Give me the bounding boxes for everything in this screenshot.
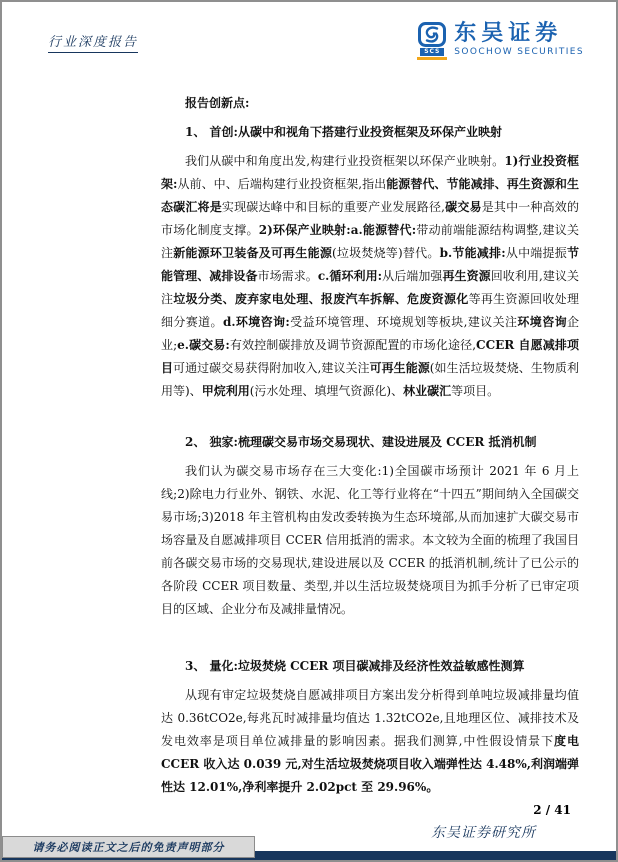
logo-text: 东吴证券 SOOCHOW SECURITIES xyxy=(454,22,584,58)
disclaimer-box: 请务必阅读正文之后的免责声明部分 xyxy=(2,836,255,858)
brand-name-en: SOOCHOW SECURITIES xyxy=(454,46,584,58)
disclaimer-text: 请务必阅读正文之后的免责声明部分 xyxy=(33,839,225,855)
report-page: 行业深度报告 SCS 东吴证券 SOOCHOW SECURITIES 报告创新点… xyxy=(0,0,618,862)
section-1-paragraph: 我们从碳中和角度出发,构建行业投资框架以环保产业映射。1)行业投资框架:从前、中… xyxy=(161,150,579,403)
logo-mark: SCS xyxy=(417,22,447,60)
page-number: 2 / 41 xyxy=(533,803,571,817)
research-institute-label: 东吴证券研究所 xyxy=(431,822,536,842)
section-2-paragraph: 我们认为碳交易市场存在三大变化:1)全国碳市场预计 2021 年 6 月上线;2… xyxy=(161,460,579,621)
intro-heading: 报告创新点: xyxy=(161,92,579,115)
report-type-label: 行业深度报告 xyxy=(48,31,138,53)
soochow-securities-logo: SCS 东吴证券 SOOCHOW SECURITIES xyxy=(417,22,584,60)
section-3-heading: 3、 量化:垃圾焚烧 CCER 项目碳减排及经济性效益敏感性测算 xyxy=(161,655,579,678)
section-3-paragraph: 从现有审定垃圾焚烧自愿减排项目方案出发分析得到单吨垃圾减排量均值达 0.36tC… xyxy=(161,684,579,799)
logo-orange-underline xyxy=(417,57,447,60)
logo-scs-text: SCS xyxy=(420,48,444,56)
swirl-logo-icon xyxy=(418,22,446,47)
section-1-heading: 1、 首创:从碳中和视角下搭建行业投资框架及环保产业映射 xyxy=(161,121,579,144)
brand-name-cn: 东吴证券 xyxy=(454,22,584,46)
section-2-heading: 2、 独家:梳理碳交易市场交易现状、建设进展及 CCER 抵消机制 xyxy=(161,431,579,454)
report-body: 报告创新点: 1、 首创:从碳中和视角下搭建行业投资框架及环保产业映射 我们从碳… xyxy=(161,92,579,799)
